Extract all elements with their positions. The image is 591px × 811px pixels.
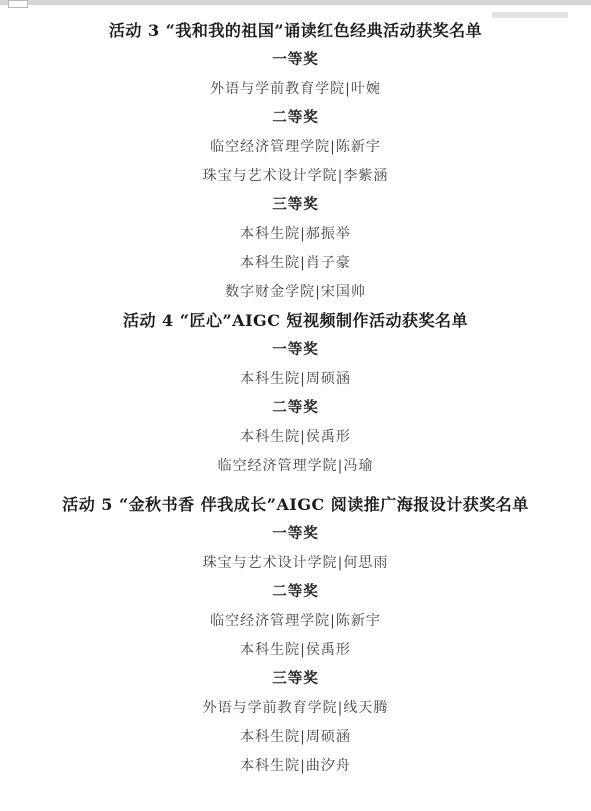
winner-entry: 本科生院|侯禹形 [0,634,591,663]
winner-entry: 本科生院|侯禹形 [0,421,591,450]
winner-entry: 本科生院|周硕涵 [0,363,591,392]
winner-entry: 珠宝与艺术设计学院|何思雨 [0,547,591,576]
winner-entry: 本科生院|周硕涵 [0,721,591,750]
award-level-heading: 二等奖 [0,102,591,131]
award-level-heading: 一等奖 [0,44,591,73]
award-level-heading: 二等奖 [0,576,591,605]
section-title: 活动 3 “我和我的祖国”诵读红色经典活动获奖名单 [0,15,591,44]
award-level-heading: 二等奖 [0,392,591,421]
winner-entry: 临空经济管理学院|冯瑜 [0,450,591,479]
section-title: 活动 4 “匠心”AIGC 短视频制作活动获奖名单 [0,305,591,334]
section-title: 活动 5 “金秋书香 伴我成长”AIGC 阅读推广海报设计获奖名单 [0,489,591,518]
award-level-heading: 一等奖 [0,334,591,363]
winner-entry: 本科生院|曲汐舟 [0,750,591,779]
award-document-page: 活动 3 “我和我的祖国”诵读红色经典活动获奖名单一等奖外语与学前教育学院|叶婉… [0,15,591,779]
winner-entry: 本科生院|郝振举 [0,218,591,247]
winner-entry: 临空经济管理学院|陈新宇 [0,131,591,160]
winner-entry: 本科生院|肖子豪 [0,247,591,276]
winner-entry: 外语与学前教育学院|线天腾 [0,692,591,721]
award-level-heading: 三等奖 [0,189,591,218]
award-level-heading: 三等奖 [0,663,591,692]
award-level-heading: 一等奖 [0,518,591,547]
winner-entry: 外语与学前教育学院|叶婉 [0,73,591,102]
winner-entry: 数字财金学院|宋国帅 [0,276,591,305]
winner-entry: 珠宝与艺术设计学院|李紫涵 [0,160,591,189]
ruler-fragment-icon [8,0,28,8]
window-top-edge [0,0,591,5]
winner-entry: 临空经济管理学院|陈新宇 [0,605,591,634]
